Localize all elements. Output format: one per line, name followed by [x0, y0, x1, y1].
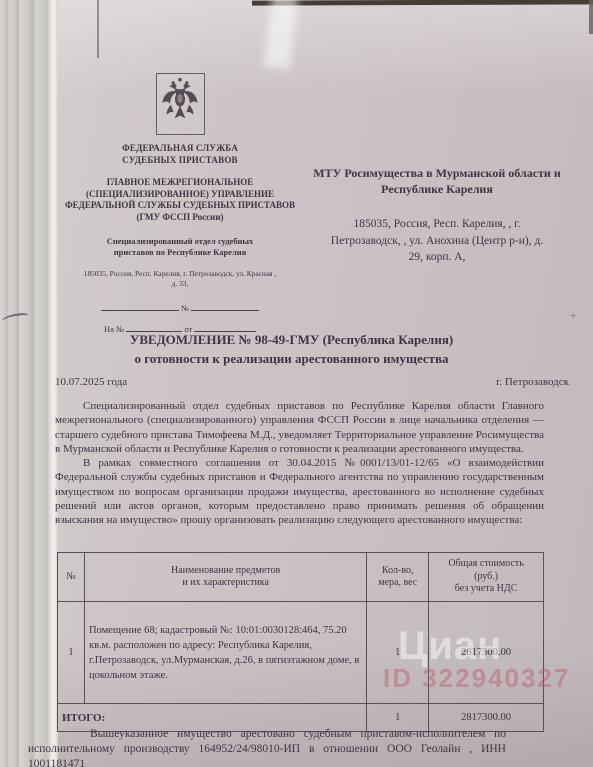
blank-line — [191, 301, 259, 311]
header-num: № — [58, 553, 85, 602]
item-number: 1 — [58, 602, 85, 704]
date-place-row: 10.07.2025 года г. Петрозаводск — [55, 376, 569, 388]
coat-of-arms-eagle-icon — [160, 76, 200, 133]
body-paragraph-1: Специализированный отдел судебных приста… — [55, 399, 544, 456]
document-title: УВЕДОМЛЕНИЕ № 98-49-ГМУ (Республика Каре… — [0, 330, 583, 368]
department-name: ГЛАВНОЕ МЕЖРЕГИОНАЛЬНОЕ (СПЕЦИАЛИЗИРОВАН… — [60, 177, 300, 223]
header-name: Наименование предметов и их характеристи… — [84, 553, 366, 602]
footer-paragraph: Вышеуказанное имущество арестовано судеб… — [28, 727, 506, 767]
plus-mark: + — [570, 310, 576, 322]
emblem-frame — [156, 73, 205, 135]
item-cost: 2817300.00 — [429, 602, 544, 704]
header-qty: Кол-во, мера, вес — [367, 553, 429, 602]
number-label: № — [181, 303, 189, 313]
table-header-row: № Наименование предметов и их характерис… — [58, 553, 544, 602]
sender-address: 185035, Россия, Респ. Карелия, г. Петроз… — [60, 269, 300, 288]
scan-corner-shadow — [589, 0, 593, 34]
outgoing-number-line: № — [60, 301, 300, 313]
blank-line — [101, 301, 179, 311]
table-row: 1 Помещение 68; кадастровый №: 10:01:003… — [58, 602, 544, 704]
document-place: г. Петрозаводск — [496, 376, 569, 388]
document-body: Специализированный отдел судебных приста… — [55, 399, 544, 528]
letterhead-recipient-block: МТУ Росимущества в Мурманской области и … — [300, 165, 574, 266]
document-title-line2: о готовности к реализации арестованного … — [0, 349, 583, 368]
scan-top-edge — [252, 0, 593, 6]
scan-light-streak — [264, 0, 299, 69]
agency-name: ФЕДЕРАЛЬНАЯ СЛУЖБА СУДЕБНЫХ ПРИСТАВОВ — [60, 142, 300, 166]
item-description: Помещение 68; кадастровый №: 10:01:00301… — [84, 602, 366, 704]
seized-property-table: № Наименование предметов и их характерис… — [57, 552, 544, 732]
item-quantity: 1 — [367, 602, 429, 704]
header-cost: Общая стоимость (руб.) без учета НДС — [429, 553, 544, 602]
page-fold-line — [97, 0, 99, 58]
letterhead-sender-block: ФЕДЕРАЛЬНАЯ СЛУЖБА СУДЕБНЫХ ПРИСТАВОВ ГЛ… — [60, 73, 300, 334]
document-title-line1: УВЕДОМЛЕНИЕ № 98-49-ГМУ (Республика Каре… — [0, 330, 583, 349]
recipient-address: 185035, Россия, Респ. Карелия, , г. Петр… — [300, 216, 574, 266]
scanned-document-page: + — [0, 0, 593, 767]
recipient-name: МТУ Росимущества в Мурманской области и … — [300, 165, 574, 197]
page-edge-stripes — [0, 0, 58, 767]
document-date: 10.07.2025 года — [55, 376, 127, 388]
body-paragraph-2: В рамках совместного соглашения от 30.04… — [55, 456, 544, 527]
division-name: Специализированный отдел судебных приста… — [60, 236, 300, 258]
